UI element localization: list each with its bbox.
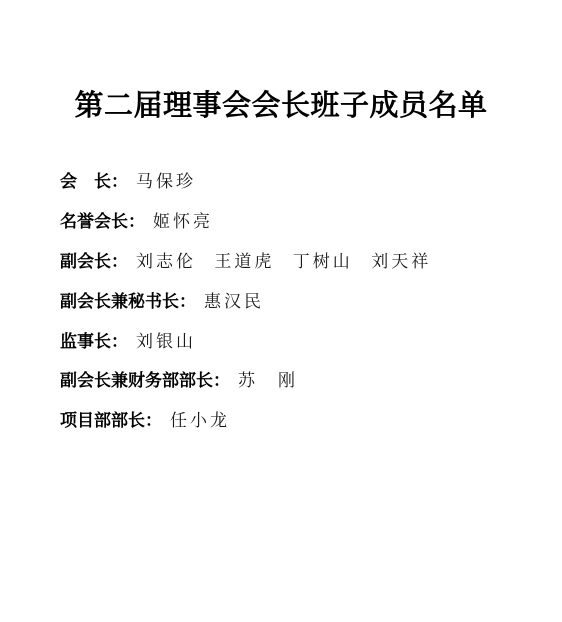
roster-row-honorary-president: 名誉会长： 姬怀亮 — [60, 200, 542, 240]
member-names: 惠汉民 — [204, 287, 264, 312]
role-label: 副会长兼秘书长： — [60, 287, 196, 312]
roster-row-project-director: 项目部部长： 任小龙 — [60, 399, 542, 439]
roster-row-president: 会 长： 马保珍 — [60, 160, 542, 200]
member-names: 苏 刚 — [238, 366, 298, 391]
roster-row-vice-president-finance-director: 副会长兼财务部部长： 苏 刚 — [60, 359, 542, 399]
member-names: 任小龙 — [170, 406, 230, 431]
member-names: 姬怀亮 — [153, 207, 213, 232]
document-title: 第二届理事会会长班子成员名单 — [0, 83, 562, 124]
member-names: 刘银山 — [136, 327, 196, 352]
member-names: 刘志伦 王道虎 丁树山 刘天祥 — [136, 247, 431, 272]
roster-row-vice-president-secretary-general: 副会长兼秘书长： 惠汉民 — [60, 279, 542, 319]
roster-list: 会 长： 马保珍 名誉会长： 姬怀亮 副会长： 刘志伦 王道虎 丁树山 刘天祥 … — [60, 160, 542, 439]
role-label: 名誉会长： — [60, 207, 145, 232]
roster-row-vice-presidents: 副会长： 刘志伦 王道虎 丁树山 刘天祥 — [60, 240, 542, 280]
member-names: 马保珍 — [136, 167, 196, 192]
role-label: 项目部部长： — [60, 406, 162, 431]
role-label: 会 长： — [60, 167, 128, 192]
roster-row-supervisor: 监事长： 刘银山 — [60, 319, 542, 359]
role-label: 监事长： — [60, 327, 128, 352]
role-label: 副会长兼财务部部长： — [60, 366, 230, 391]
role-label: 副会长： — [60, 247, 128, 272]
document-page: 第二届理事会会长班子成员名单 会 长： 马保珍 名誉会长： 姬怀亮 副会长： 刘… — [0, 0, 562, 622]
